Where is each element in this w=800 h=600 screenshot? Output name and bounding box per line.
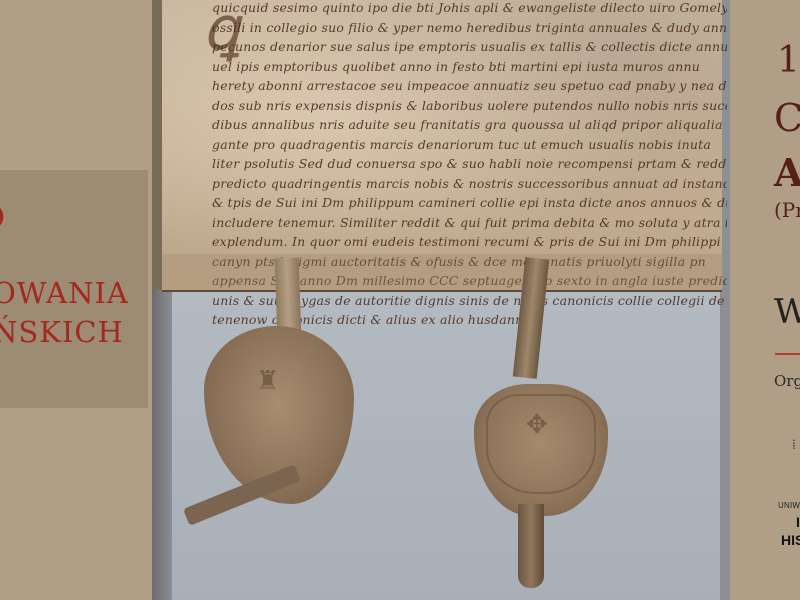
parchment-fold: [162, 254, 722, 290]
right-poster-panel: 13 C Au (Pr W Org ⁞ UNIWER IN HIST: [730, 0, 800, 600]
seal-figure-icon: ♜: [256, 366, 279, 396]
left-title-fragment-3: ŃSKICH: [0, 315, 124, 349]
date-fragment: 13: [777, 40, 800, 81]
divider-rule: [775, 353, 800, 355]
history-label: HIST: [781, 532, 800, 548]
charter-text-line: explendum. In quor omi eudeis testimoni …: [212, 234, 727, 254]
left-title-fragment-1: D: [0, 198, 6, 238]
charter-text-line: uel ipis emptoribus quolibet anno in fes…: [212, 59, 727, 79]
speaker-fragment: W: [774, 292, 800, 332]
subtitle-fragment: (Pr: [774, 198, 800, 222]
charter-text-line: gante pro quadragentis marcis denariorum…: [212, 137, 727, 157]
title-fragment-a: Au: [774, 150, 800, 195]
title-fragment-c: C: [774, 96, 800, 140]
charter-text-line: dibus annalibus nris aduite seu franitat…: [212, 117, 727, 137]
institute-label: IN: [796, 514, 800, 530]
seal-tag-tail: [518, 504, 544, 588]
charter-photo: ꝗ quicquid sesimo quinto ipo die bti Joh…: [152, 0, 730, 600]
charter-text-line: liter psolutis Sed dud conuersa spo & su…: [212, 156, 727, 176]
charter-text-line: pecunos denarior sue salus ipe emptoris …: [212, 39, 727, 59]
seal-eagle-icon: ✥: [526, 410, 548, 440]
parchment-charter: ꝗ quicquid sesimo quinto ipo die bti Joh…: [162, 0, 722, 292]
charter-text-line: quicquid sesimo quinto ipo die bti Johis…: [212, 0, 727, 20]
charter-text-line: predicto quadringentis marcis nobis & no…: [212, 176, 727, 196]
charter-text-line: ossili in collegio suo filio & yper nemo…: [212, 20, 727, 40]
organizer-fragment: Org: [774, 372, 800, 390]
seal-shield-icon: ✥: [486, 394, 596, 494]
institute-logo-icon: ⁞: [792, 438, 796, 452]
left-title-fragment-2: OWANIA: [0, 276, 129, 310]
left-poster-panel: D OWANIA ŃSKICH: [0, 0, 158, 600]
poster-photo-composite: D OWANIA ŃSKICH ꝗ quicquid sesimo quinto…: [0, 0, 800, 600]
frame-edge-left: [152, 0, 162, 290]
charter-text-line: dos sub nris expensis dispnis & laboribu…: [212, 98, 727, 118]
charter-text-line: herety abonni arrestacoe seu impeacoe an…: [212, 78, 727, 98]
charter-text-line: & tpis de Sui ini Dm philippum camineri …: [212, 195, 727, 215]
university-label: UNIWER: [778, 501, 800, 510]
charter-text-line: includere tenemur. Similiter reddit & qu…: [212, 215, 727, 235]
